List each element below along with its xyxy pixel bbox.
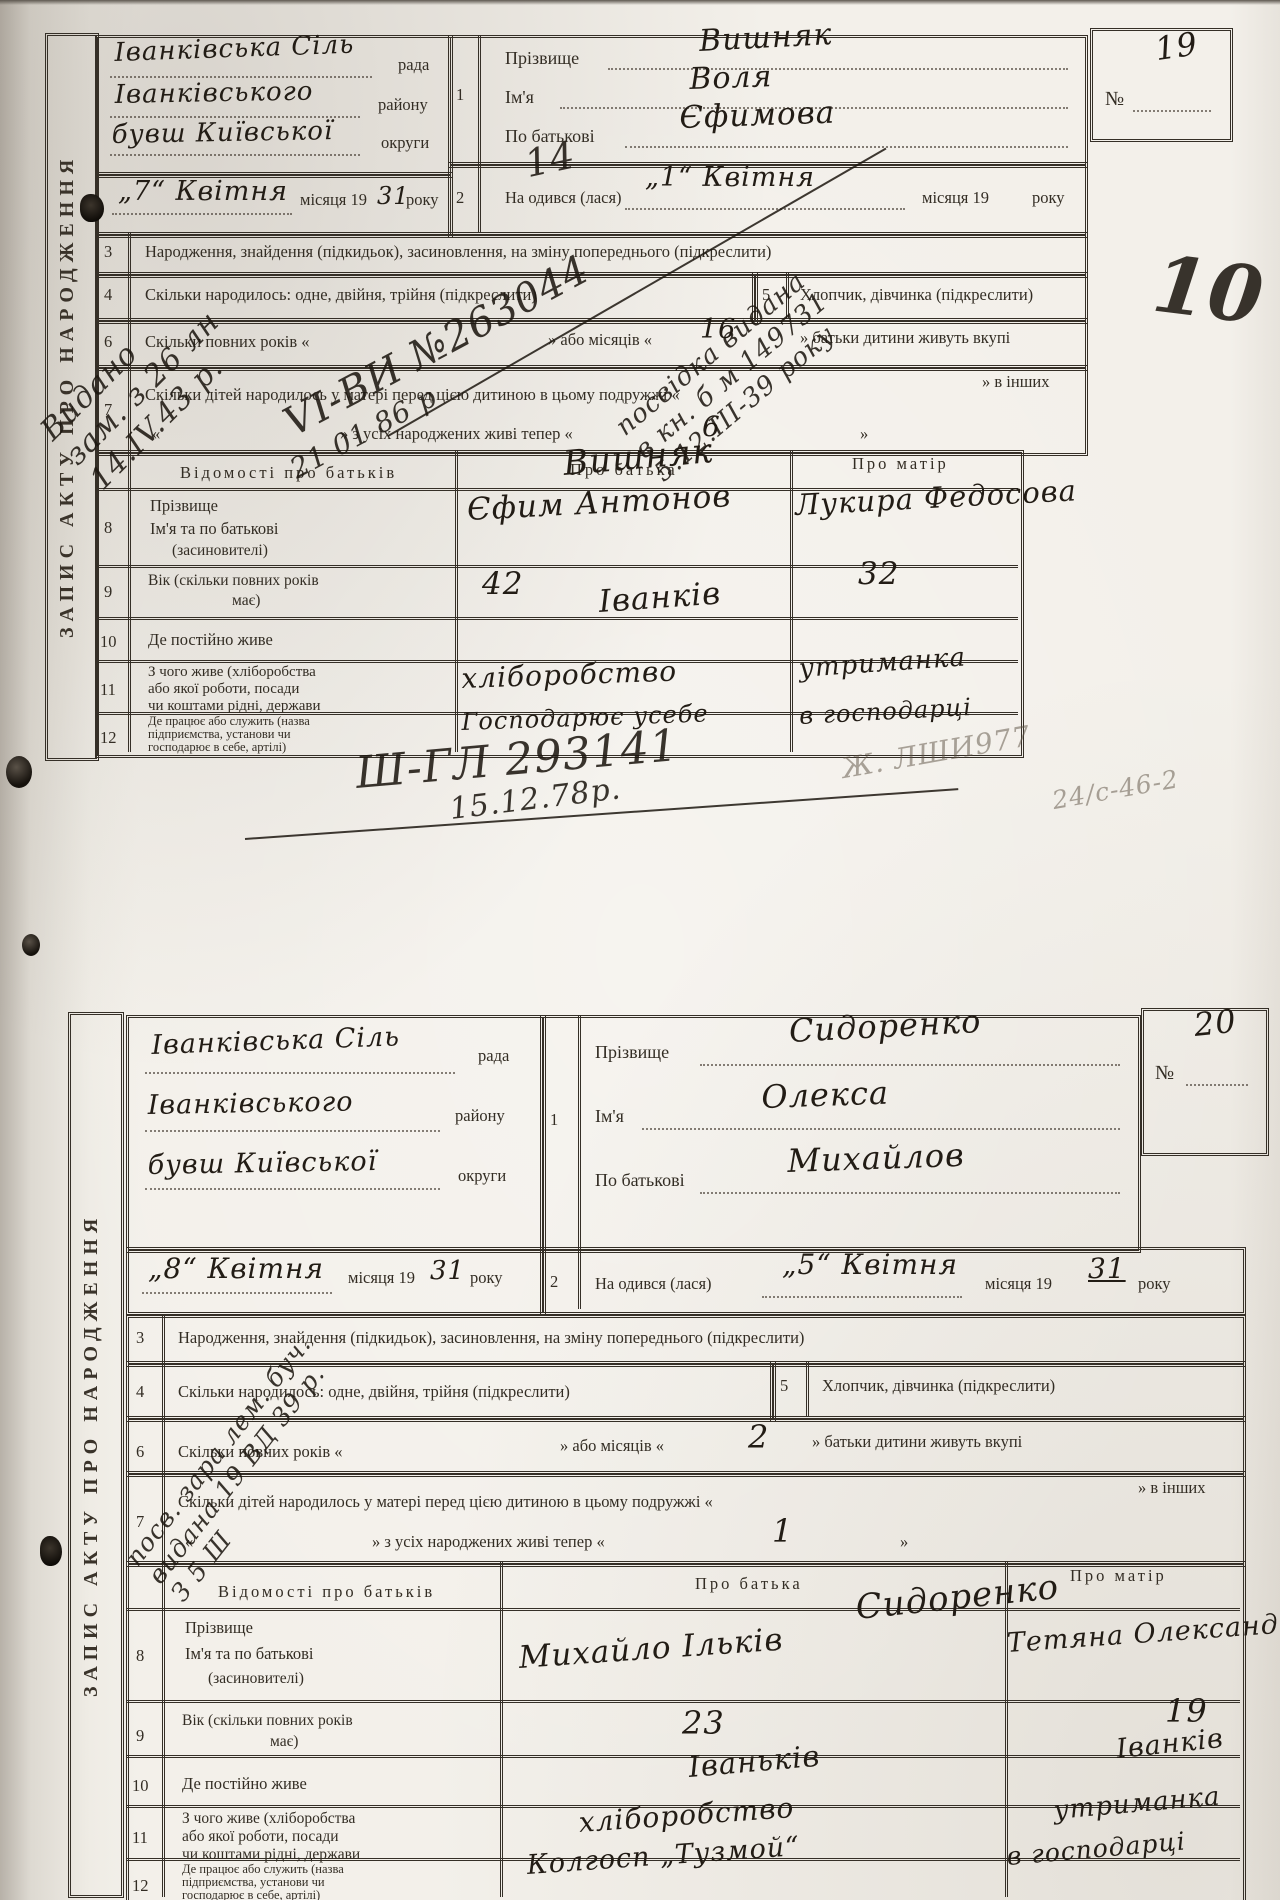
form2-row11a-label: З чого живе (хліборобства (182, 1810, 355, 1828)
form1-row12c-label: господарює в себе, артілі) (148, 740, 286, 755)
form2-alive-value: 1 (772, 1512, 793, 1550)
form1-reg-month-label: місяця 19 (300, 190, 367, 210)
form2-table-hline1 (126, 1608, 1240, 1611)
form2-months-value: 2 (748, 1418, 769, 1456)
form2-row6-number: 6 (136, 1442, 144, 1462)
form1-row9b-label: має) (232, 592, 260, 610)
form2-row12-number: 12 (132, 1876, 149, 1896)
form1-row5-label: Хлопчик, дівчинка (підкреслити) (800, 285, 1033, 305)
form2-row11-number: 11 (132, 1828, 148, 1848)
form1-reg-date-line (112, 213, 292, 215)
form2-table-numcol-line (162, 1561, 165, 1897)
form2-raion-line (145, 1130, 440, 1132)
form1-row10-label: Де постійно живе (148, 630, 273, 650)
form1-row8-number: 8 (104, 518, 112, 538)
form1-row8b-label: Ім'я та по батькові (150, 519, 279, 539)
form2-okruha-label: округи (458, 1166, 506, 1186)
form2-no-line (1186, 1084, 1248, 1086)
form1-table-numcol-line (128, 450, 131, 752)
form2-table-hline2 (126, 1700, 1240, 1703)
form2-okruha-line (145, 1188, 440, 1190)
form1-okruha-value: бувш Київської (111, 116, 333, 150)
form1-record-number: 19 (1153, 24, 1201, 68)
form1-row9-number: 9 (104, 582, 112, 602)
form1-row11-number: 11 (100, 680, 116, 700)
form1-row11c-label: чи коштами рідні, держави (148, 698, 320, 715)
form1-row8a-label: Прізвище (150, 496, 218, 516)
form1-born-label: На одився (лася) (505, 188, 622, 208)
form2-row5-divider (806, 1361, 809, 1416)
form2-table-hline3 (126, 1755, 1240, 1758)
form1-patronymic-value: Єфимова (679, 95, 836, 136)
form1-reg-year-value: 31 (377, 182, 410, 210)
form2-father-age-value: 23 (682, 1704, 725, 1742)
form2-row9a-label: Вік (скільки повних років (182, 1712, 353, 1730)
form1-surname-label: Прізвище (505, 48, 579, 69)
form2-row7-box (126, 1471, 1246, 1567)
form1-row3-number: 3 (104, 242, 112, 262)
form1-birth-roku-label: року (1032, 188, 1065, 208)
form2-reg-date-line (142, 1292, 332, 1294)
form2-row6c-label: » батьки дитини живуть вкупі (812, 1432, 1022, 1452)
form1-row11a-label: З чого живе (хліборобства (148, 664, 316, 681)
form1-name-label: Ім'я (505, 87, 534, 108)
form2-row4-number: 4 (136, 1382, 144, 1402)
form2-row5-label: Хлопчик, дівчинка (підкреслити) (822, 1376, 1055, 1396)
form2-row6b-label: » або місяців « (560, 1436, 664, 1456)
form2-row7-close-quote: » (900, 1532, 908, 1552)
form1-table-mother-line (790, 450, 793, 752)
punch-hole-1 (6, 756, 32, 788)
between-faint-code2: 24/с-46-2 (1050, 764, 1181, 815)
form2-raion-value: Іванківського (147, 1086, 353, 1121)
punch-hole-2 (22, 934, 40, 956)
form2-row8-number: 8 (136, 1646, 144, 1666)
form2-born-label: На одився (лася) (595, 1274, 712, 1294)
form1-row3-divider (128, 232, 131, 272)
form2-row4-label: Скільки народилось: одне, двійня, трійня… (178, 1382, 570, 1402)
form2-th-parents: Відомості про батьків (218, 1582, 435, 1602)
form2-raion-label: району (455, 1106, 505, 1126)
form1-raion-value: Іванківського (114, 77, 313, 110)
form1-row8c-label: (засиновителі) (172, 542, 268, 560)
form1-no-line (1133, 110, 1211, 112)
form2-patronymic-line (700, 1192, 1120, 1194)
form2-row3-label: Народження, знайдення (підкидьок), засин… (178, 1328, 804, 1348)
form2-row6-divider (162, 1416, 165, 1471)
form2-row10-label: Де постійно живе (182, 1774, 307, 1794)
form2-no-sign: № (1155, 1062, 1174, 1085)
form1-birth-month-label: місяця 19 (922, 188, 989, 208)
scan-edge-shadow (0, 0, 1280, 5)
form1-th-mother: Про матір (852, 454, 949, 474)
form1-okruha-label: округи (381, 133, 429, 153)
form2-rada-label: рада (478, 1046, 509, 1066)
form1-th-parents: Відомості про батьків (180, 463, 397, 483)
form2-birth-date-line (762, 1296, 962, 1298)
form2-row8c-label: (засиновителі) (208, 1670, 304, 1688)
form2-row3-divider (162, 1315, 165, 1361)
scanned-document-page: ЗАПИС АКТУ ПРО НАРОДЖЕННЯ Іванківська Сі… (0, 0, 1280, 1900)
form1-row2-number: 2 (456, 188, 464, 208)
form2-row8b-label: Ім'я та по батькові (185, 1644, 314, 1664)
form2-th-mother: Про матір (1070, 1566, 1167, 1586)
form1-mother-age-value: 32 (858, 556, 899, 592)
form2-surname-line (700, 1064, 1120, 1066)
form2-reg-roku-label: року (470, 1268, 503, 1288)
form2-row7c-label: » з усіх народжених живі тепер « (372, 1532, 605, 1552)
form1-table-father-line (455, 450, 458, 752)
form1-row10-number: 10 (100, 632, 117, 652)
form2-row9-number: 9 (136, 1726, 144, 1746)
form1-surname-value: Вишняк (698, 17, 833, 59)
form2-row9b-label: має) (270, 1733, 298, 1751)
form1-row12-number: 12 (100, 728, 117, 748)
form1-raion-label: району (378, 95, 428, 115)
form2-reg-date-value: „8“ Квітня (148, 1252, 324, 1285)
form2-row12c-label: господарює в себе, артілі) (182, 1888, 320, 1900)
form1-patronymic-line (625, 146, 1068, 148)
form1-surname-line (608, 68, 1068, 70)
form2-row4-divider (162, 1361, 165, 1416)
form1-no-sign: № (1105, 88, 1124, 111)
form2-birth-month-label: місяця 19 (985, 1274, 1052, 1294)
form2-row7b-label: » в інших (1138, 1478, 1206, 1498)
form2-side-bar: ЗАПИС АКТУ ПРО НАРОДЖЕННЯ (68, 1012, 124, 1898)
form2-row10-number: 10 (132, 1776, 149, 1796)
ink-blob-1 (80, 194, 104, 222)
form1-row11b-label: або якої роботи, посади (148, 681, 299, 698)
form2-rada-line (145, 1072, 455, 1074)
form1-table-hline3 (95, 617, 1018, 620)
form2-reg-month-label: місяця 19 (348, 1268, 415, 1288)
form2-record-number: 20 (1192, 1002, 1238, 1044)
form2-patronymic-label: По батькові (595, 1170, 685, 1191)
form1-rada-label: рада (398, 55, 429, 75)
form1-row7-close-quote: » (860, 424, 868, 444)
form2-row3-number: 3 (136, 1328, 144, 1348)
form1-reg-date-value: „7“ Квітня (118, 176, 288, 207)
form1-margin-number: 10 (1148, 239, 1269, 343)
form2-th-father: Про батька (695, 1574, 803, 1594)
form1-row7b-label: » в інших (982, 372, 1050, 392)
form1-field1-number: 1 (456, 85, 464, 105)
form2-okruha-value: бувш Київської (147, 1146, 377, 1181)
form1-row4-number: 4 (104, 285, 112, 305)
form2-name-label: Ім'я (595, 1106, 624, 1127)
form2-name-line (642, 1128, 1120, 1130)
form1-birth-date-value: „1“ Квітня (645, 162, 815, 193)
form1-row3-label: Народження, знайдення (підкидьок), засин… (145, 242, 771, 262)
form2-table-father-line (500, 1561, 503, 1897)
form1-birth-date-line (625, 208, 905, 210)
form1-father-age-value: 42 (482, 566, 523, 602)
form2-birth-date-value: „5“ Квітня (782, 1248, 958, 1281)
form2-surname-label: Прізвище (595, 1042, 669, 1063)
form2-name-value: Олекса (761, 1074, 890, 1116)
form2-row8a-label: Прізвище (185, 1618, 253, 1638)
form1-reg-roku-label: року (406, 190, 439, 210)
form1-name-value: Воля (689, 59, 773, 97)
form2-field1-number: 1 (550, 1110, 558, 1130)
form2-row5-number: 5 (780, 1376, 788, 1396)
form2-row11b-label: або якої роботи, посади (182, 1828, 339, 1846)
form1-row4-divider (128, 272, 131, 318)
form2-patronymic-value: Михайлов (787, 1136, 966, 1180)
form1-okruha-line (110, 154, 360, 156)
ink-blob-2 (40, 1536, 62, 1566)
form2-reg-year-value: 31 (430, 1256, 465, 1286)
form2-birth-roku-label: року (1138, 1274, 1171, 1294)
form1-row9a-label: Вік (скільки повних років (148, 572, 319, 590)
form2-side-label: ЗАПИС АКТУ ПРО НАРОДЖЕННЯ (80, 1125, 103, 1785)
form2-row2-number: 2 (550, 1272, 558, 1292)
form2-birth-year-value: 31 (1088, 1252, 1126, 1285)
